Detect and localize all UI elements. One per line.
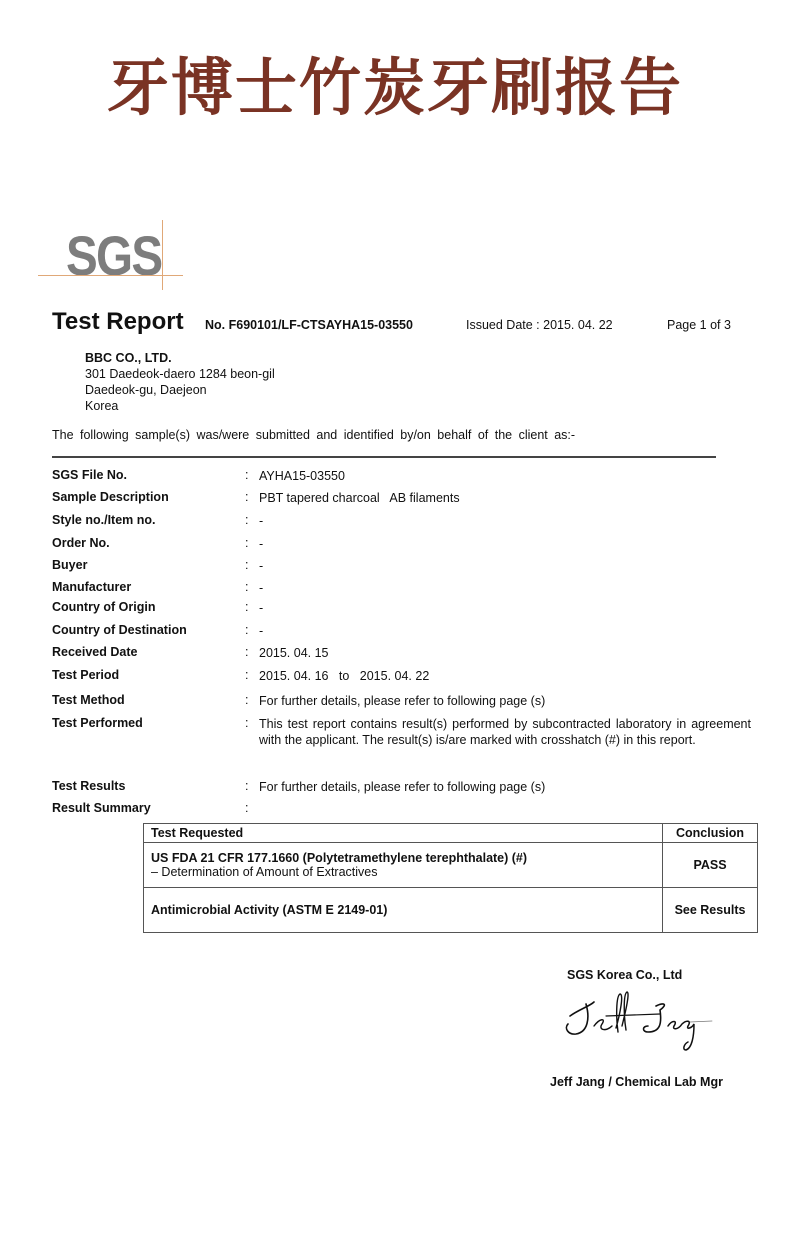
- field-colon: :: [245, 536, 248, 550]
- field-value-test-method: For further details, please refer to fol…: [259, 693, 751, 709]
- field-colon: :: [245, 693, 248, 707]
- field-colon: :: [245, 645, 248, 659]
- test-requested-cell: Antimicrobial Activity (ASTM E 2149-01): [144, 888, 663, 933]
- client-address-line: Daedeok-gu, Daejeon: [85, 382, 275, 398]
- field-value-sample-description: PBT tapered charcoal AB filaments: [259, 490, 751, 506]
- field-value-test-performed: This test report contains result(s) perf…: [259, 716, 751, 748]
- test-name: Antimicrobial Activity (ASTM E 2149-01): [151, 903, 655, 917]
- field-colon: :: [245, 668, 248, 682]
- test-subtitle: – Determination of Amount of Extractives: [151, 865, 655, 879]
- field-label-test-method: Test Method: [52, 693, 125, 707]
- field-label-test-results: Test Results: [52, 779, 125, 793]
- field-colon: :: [245, 779, 248, 793]
- table-row: Antimicrobial Activity (ASTM E 2149-01) …: [144, 888, 758, 933]
- field-label-manufacturer: Manufacturer: [52, 580, 131, 594]
- conclusion-cell: See Results: [663, 888, 758, 933]
- intro-text: The following sample(s) was/were submitt…: [52, 428, 716, 442]
- field-colon: :: [245, 716, 248, 730]
- field-colon: :: [245, 513, 248, 527]
- field-value-country-of-origin: -: [259, 600, 751, 616]
- test-requested-cell: US FDA 21 CFR 177.1660 (Polytetramethyle…: [144, 843, 663, 888]
- page-number: Page 1 of 3: [667, 318, 731, 332]
- field-value-buyer: -: [259, 558, 751, 574]
- field-colon: :: [245, 468, 248, 482]
- signer-name-title: Jeff Jang / Chemical Lab Mgr: [550, 1075, 723, 1089]
- table-row: US FDA 21 CFR 177.1660 (Polytetramethyle…: [144, 843, 758, 888]
- field-value-sgs-file-no: AYHA15-03550: [259, 468, 751, 484]
- header-conclusion: Conclusion: [663, 824, 758, 843]
- field-colon: :: [245, 580, 248, 594]
- field-colon: :: [245, 801, 248, 815]
- field-colon: :: [245, 490, 248, 504]
- field-label-buyer: Buyer: [52, 558, 87, 572]
- table-header-row: Test Requested Conclusion: [144, 824, 758, 843]
- issued-date: Issued Date : 2015. 04. 22: [466, 318, 613, 332]
- field-colon: :: [245, 600, 248, 614]
- divider: [52, 456, 716, 458]
- report-title: Test Report: [52, 308, 184, 336]
- sgs-logo-text: SGS: [66, 226, 161, 286]
- field-label-received-date: Received Date: [52, 645, 137, 659]
- signing-company: SGS Korea Co., Ltd: [567, 968, 682, 982]
- header-test-requested: Test Requested: [144, 824, 663, 843]
- signature-image: [560, 988, 720, 1058]
- field-colon: :: [245, 558, 248, 572]
- field-label-result-summary: Result Summary: [52, 801, 151, 815]
- field-value-country-of-destination: -: [259, 623, 751, 639]
- field-value-style-no: -: [259, 513, 751, 529]
- client-address-line: 301 Daedeok-daero 1284 beon-gil: [85, 366, 275, 382]
- test-name: US FDA 21 CFR 177.1660 (Polytetramethyle…: [151, 851, 655, 865]
- field-colon: :: [245, 623, 248, 637]
- field-value-received-date: 2015. 04. 15: [259, 645, 751, 661]
- result-summary-table: Test Requested Conclusion US FDA 21 CFR …: [143, 823, 758, 933]
- sgs-logo: SGS: [38, 220, 188, 290]
- field-value-manufacturer: -: [259, 580, 751, 596]
- client-name: BBC CO., LTD.: [85, 350, 275, 366]
- field-label-style-no: Style no./Item no.: [52, 513, 156, 527]
- banner-title: 牙博士竹炭牙刷报告: [0, 48, 790, 128]
- field-value-order-no: -: [259, 536, 751, 552]
- field-label-sample-description: Sample Description: [52, 490, 169, 504]
- field-label-country-of-destination: Country of Destination: [52, 623, 187, 637]
- field-value-test-period: 2015. 04. 16 to 2015. 04. 22: [259, 668, 751, 684]
- field-label-sgs-file-no: SGS File No.: [52, 468, 127, 482]
- client-address-line: Korea: [85, 398, 275, 414]
- field-label-test-period: Test Period: [52, 668, 119, 682]
- field-value-test-results: For further details, please refer to fol…: [259, 779, 751, 795]
- field-label-test-performed: Test Performed: [52, 716, 143, 730]
- logo-vertical-line: [162, 220, 163, 290]
- field-label-order-no: Order No.: [52, 536, 110, 550]
- client-address-block: BBC CO., LTD. 301 Daedeok-daero 1284 beo…: [85, 350, 275, 414]
- report-number: No. F690101/LF-CTSAYHA15-03550: [205, 318, 413, 332]
- conclusion-cell: PASS: [663, 843, 758, 888]
- field-label-country-of-origin: Country of Origin: [52, 600, 155, 614]
